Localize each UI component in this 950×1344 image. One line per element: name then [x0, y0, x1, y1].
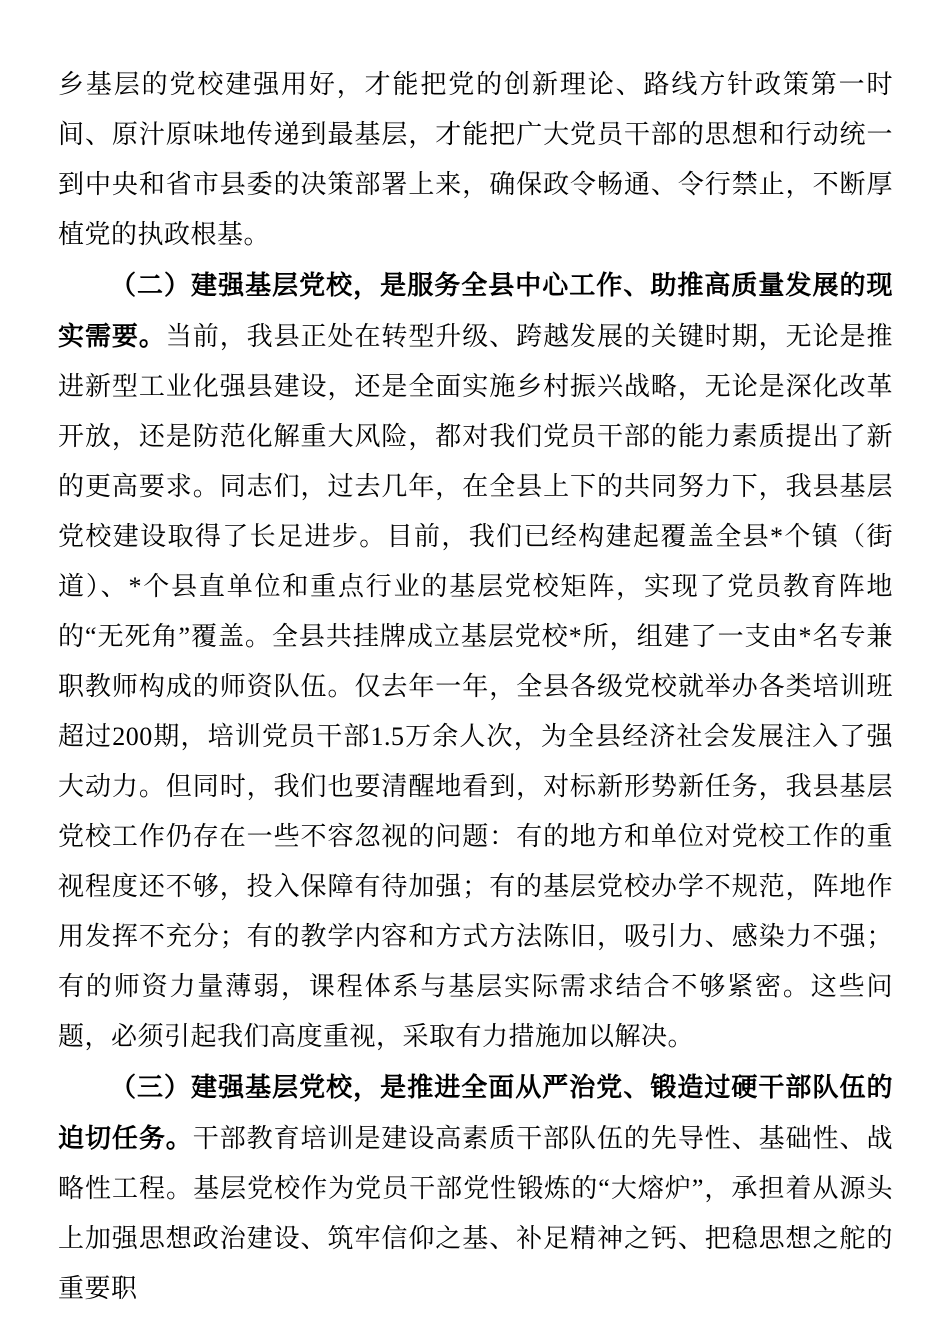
paragraph-section-2: （二）建强基层党校，是服务全县中心工作、助推高质量发展的现实需要。当前，我县正处… [58, 260, 893, 1062]
paragraph-section-3: （三）建强基层党校，是推进全面从严治党、锻造过硬干部队伍的迫切任务。干部教育培训… [58, 1062, 893, 1314]
paragraph-continuation: 乡基层的党校建强用好，才能把党的创新理论、路线方针政策第一时间、原汁原味地传递到… [58, 60, 893, 260]
paragraph-body: 当前，我县正处在转型升级、跨越发展的关键时期，无论是推进新型工业化强县建设，还是… [58, 322, 893, 1051]
paragraph-body: 乡基层的党校建强用好，才能把党的创新理论、路线方针政策第一时间、原汁原味地传递到… [58, 70, 893, 249]
document-page: 乡基层的党校建强用好，才能把党的创新理论、路线方针政策第一时间、原汁原味地传递到… [0, 0, 950, 1344]
